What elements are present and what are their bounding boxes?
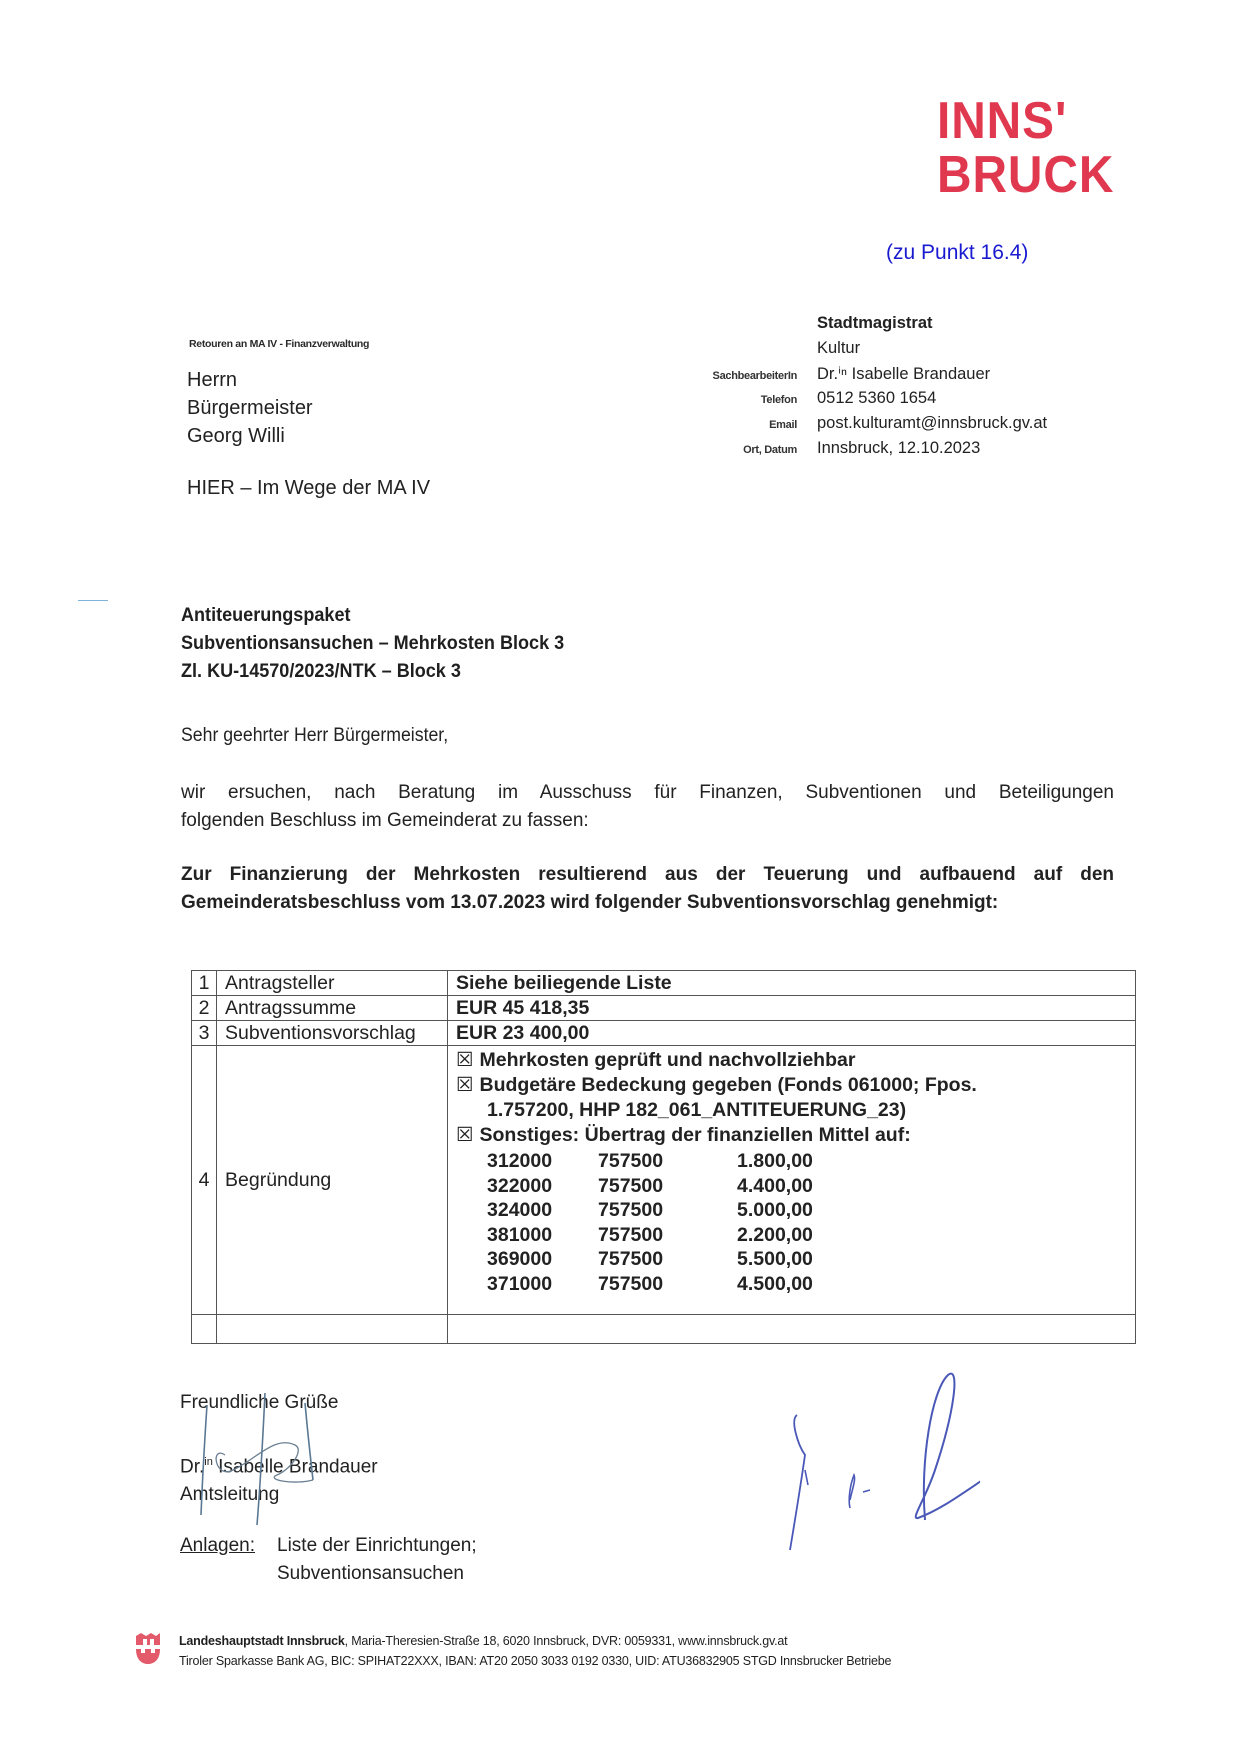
routing-note: HIER – Im Wege der MA IV	[187, 477, 430, 500]
row-number: 2	[192, 996, 217, 1021]
row-value: EUR 23 400,00	[448, 1021, 1136, 1046]
check-text: Budgetäre Bedeckung gegeben (Fonds 06100…	[479, 1074, 976, 1096]
decision-paragraph: Zur Finanzierung der Mehrkosten resultie…	[181, 861, 1181, 917]
table-row: 3 Subventionsvorschlag EUR 23 400,00	[192, 1021, 1136, 1046]
transfer-row: 3220007575004.400,00	[487, 1174, 1135, 1199]
check-text: Sonstiges: Übertrag der finanziellen Mit…	[479, 1124, 910, 1146]
reason-details: ☒Mehrkosten geprüft und nachvollziehbar …	[448, 1046, 1136, 1315]
decision-line: Gemeinderatsbeschluss vom 13.07.2023 wir…	[181, 892, 998, 913]
empty-cell	[217, 1315, 448, 1344]
signature-icon	[760, 1350, 980, 1560]
row-number: 4	[192, 1046, 217, 1315]
sender-field-email: Emailpost.kulturamt@innsbruck.gv.at	[660, 414, 1120, 439]
body-line: wir ersuchen, nach Beratung im Ausschuss…	[181, 779, 1114, 807]
checked-box-icon: ☒	[456, 1049, 473, 1071]
transfer-fonds: 371000	[487, 1272, 598, 1297]
transfer-amount: 1.800,00	[737, 1149, 857, 1174]
transfer-fonds: 312000	[487, 1149, 598, 1174]
attachment-item: Subventionsansuchen	[277, 1560, 477, 1588]
logo-line-1: INNS'	[937, 97, 1149, 151]
transfer-list: 3120007575001.800,00 3220007575004.400,0…	[487, 1149, 1135, 1296]
signature-initials-icon	[185, 1385, 345, 1545]
transfer-row: 3690007575005.500,00	[487, 1247, 1135, 1272]
recipient-line: Herrn	[187, 366, 313, 394]
transfer-row: 3810007575002.200,00	[487, 1223, 1135, 1248]
field-label: Email	[660, 419, 817, 431]
sender-department: Kultur	[817, 339, 860, 358]
row-label: Subventionsvorschlag	[217, 1021, 448, 1046]
field-value[interactable]: post.kulturamt@innsbruck.gv.at	[817, 414, 1047, 433]
recipient-line: Georg Willi	[187, 422, 313, 450]
transfer-amount: 5.500,00	[737, 1247, 857, 1272]
footer: Landeshauptstadt Innsbruck, Maria-Theres…	[179, 1631, 891, 1671]
row-value: EUR 45 418,35	[448, 996, 1136, 1021]
field-value: Innsbruck, 12.10.2023	[817, 439, 980, 458]
checked-box-icon: ☒	[456, 1124, 473, 1146]
subject-line: Subventionsansuchen – Mehrkosten Block 3	[181, 630, 564, 658]
transfer-fpos: 757500	[598, 1272, 737, 1297]
transfer-amount: 4.400,00	[737, 1174, 857, 1199]
transfer-row: 3240007575005.000,00	[487, 1198, 1135, 1223]
body-line: folgenden Beschluss im Gemeinderat zu fa…	[181, 810, 589, 831]
transfer-row: 3710007575004.500,00	[487, 1272, 1135, 1297]
transfer-fonds: 324000	[487, 1198, 598, 1223]
salutation: Sehr geehrter Herr Bürgermeister,	[181, 725, 448, 747]
sender-office: Stadtmagistrat	[817, 314, 933, 333]
check-text-continued: 1.757200, HHP 182_061_ANTITEUERUNG_23)	[456, 1098, 1135, 1123]
field-value: Dr.ⁱⁿ Isabelle Brandauer	[817, 364, 990, 384]
field-label: Telefon	[660, 394, 817, 406]
table-row: 2 Antragssumme EUR 45 418,35	[192, 996, 1136, 1021]
sender-field-clerk: SachbearbeiterInDr.ⁱⁿ Isabelle Brandauer	[660, 364, 1120, 389]
subject-line: Antiteuerungspaket	[181, 602, 564, 630]
transfer-row: 3120007575001.800,00	[487, 1149, 1135, 1174]
subject-block: Antiteuerungspaket Subventionsansuchen –…	[181, 602, 564, 686]
transfer-fonds: 322000	[487, 1174, 598, 1199]
sender-field-phone: Telefon0512 5360 1654	[660, 389, 1120, 414]
transfer-fonds: 381000	[487, 1223, 598, 1248]
innsbruck-logo: INNS' BRUCK	[937, 97, 1149, 205]
recipient-address: Herrn Bürgermeister Georg Willi	[187, 366, 313, 450]
agenda-reference: (zu Punkt 16.4)	[886, 241, 1028, 265]
row-value: Siehe beiliegende Liste	[448, 971, 1136, 996]
transfer-amount: 2.200,00	[737, 1223, 857, 1248]
check-text: Mehrkosten geprüft und nachvollziehbar	[479, 1049, 855, 1071]
row-number: 1	[192, 971, 217, 996]
row-number: 3	[192, 1021, 217, 1046]
footer-org: Landeshauptstadt Innsbruck	[179, 1634, 345, 1648]
field-label: Ort, Datum	[660, 444, 817, 456]
transfer-fonds: 369000	[487, 1247, 598, 1272]
transfer-fpos: 757500	[598, 1174, 737, 1199]
innsbruck-emblem-icon	[134, 1632, 162, 1666]
field-value: 0512 5360 1654	[817, 389, 936, 408]
subject-line: Zl. KU-14570/2023/NTK – Block 3	[181, 658, 564, 686]
empty-cell	[448, 1315, 1136, 1344]
row-label: Antragssumme	[217, 996, 448, 1021]
transfer-amount: 4.500,00	[737, 1272, 857, 1297]
table-row-empty	[192, 1315, 1136, 1344]
check-item: ☒Budgetäre Bedeckung gegeben (Fonds 0610…	[456, 1073, 1135, 1123]
transfer-amount: 5.000,00	[737, 1198, 857, 1223]
row-label: Begründung	[217, 1046, 448, 1315]
footer-line-address: Landeshauptstadt Innsbruck, Maria-Theres…	[179, 1631, 891, 1651]
transfer-fpos: 757500	[598, 1198, 737, 1223]
table-row: 1 Antragsteller Siehe beiliegende Liste	[192, 971, 1136, 996]
subsidy-table: 1 Antragsteller Siehe beiliegende Liste …	[191, 970, 1136, 1344]
fold-mark	[78, 600, 108, 601]
table-row-reason: 4 Begründung ☒Mehrkosten geprüft und nac…	[192, 1046, 1136, 1315]
empty-cell	[192, 1315, 217, 1344]
recipient-line: Bürgermeister	[187, 394, 313, 422]
sender-field-date: Ort, DatumInnsbruck, 12.10.2023	[660, 439, 1120, 464]
decision-line: Zur Finanzierung der Mehrkosten resultie…	[181, 861, 1114, 889]
transfer-fpos: 757500	[598, 1247, 737, 1272]
body-paragraph: wir ersuchen, nach Beratung im Ausschuss…	[181, 779, 1181, 835]
check-item: ☒Sonstiges: Übertrag der finanziellen Mi…	[456, 1123, 1135, 1148]
footer-line-bank: Tiroler Sparkasse Bank AG, BIC: SPIHAT22…	[179, 1651, 891, 1671]
transfer-fpos: 757500	[598, 1223, 737, 1248]
row-label: Antragsteller	[217, 971, 448, 996]
sender-block: Stadtmagistrat Kultur SachbearbeiterInDr…	[660, 314, 1120, 464]
logo-line-2: BRUCK	[937, 151, 1149, 205]
check-item: ☒Mehrkosten geprüft und nachvollziehbar	[456, 1048, 1135, 1073]
footer-address: , Maria-Theresien-Straße 18, 6020 Innsbr…	[345, 1634, 788, 1648]
checked-box-icon: ☒	[456, 1074, 473, 1096]
field-label: SachbearbeiterIn	[660, 370, 817, 382]
transfer-fpos: 757500	[598, 1149, 737, 1174]
return-address: Retouren an MA IV - Finanzverwaltung	[189, 338, 369, 350]
